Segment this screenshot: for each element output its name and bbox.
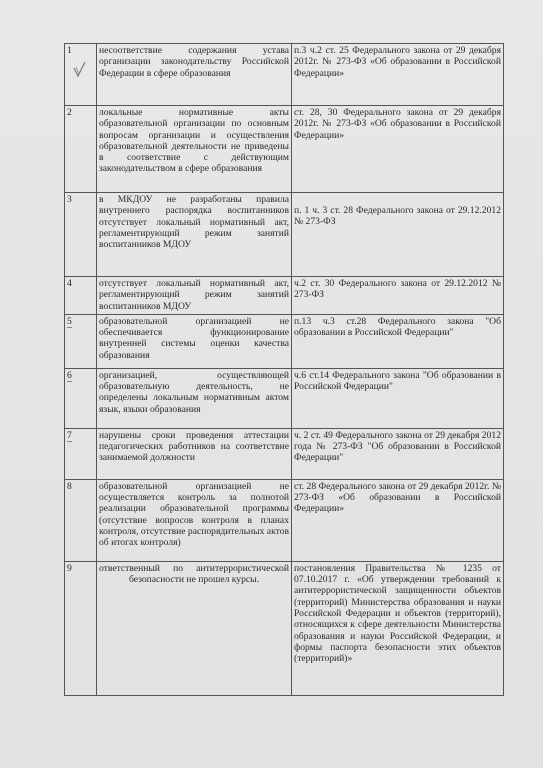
legal-basis-cell: п.3 ч.2 ст. 25 Федерального закона от 29… — [292, 44, 504, 106]
row-number: 9 — [67, 563, 72, 574]
row-number-cell: 7 — [65, 428, 97, 479]
violation-cell: образовательной организацией не осуществ… — [97, 479, 292, 561]
violation-cell: образовательной организацией не обеспечи… — [97, 314, 292, 368]
legal-basis-cell: п.13 ч.3 ст.28 Федерального закона "Об о… — [292, 314, 504, 368]
row-number: 8 — [67, 481, 72, 492]
row-number-cell: 8 — [65, 479, 97, 561]
table-row: 9 ответственный по антитеррористической … — [65, 561, 504, 695]
legal-basis-cell: ч. 2 ст. 49 Федерального закона от 29 де… — [292, 428, 504, 479]
row-number-cell: 6 — [65, 368, 97, 428]
document-page: 1 несоответствие содержания устава орган… — [0, 0, 543, 768]
row-number: 6 — [67, 370, 72, 382]
table-row: 7 нарушены сроки проведения аттестации п… — [65, 428, 504, 479]
violations-table: 1 несоответствие содержания устава орган… — [64, 43, 504, 696]
row-number-cell: 3 — [65, 193, 97, 277]
table-row: 8 образовательной организацией не осущес… — [65, 479, 504, 561]
spacer — [294, 194, 501, 205]
row-number: 4 — [67, 278, 72, 289]
row-number: 1 — [67, 45, 72, 56]
table-row: 5 образовательной организацией не обеспе… — [65, 314, 504, 368]
violation-cell: отсутствует локальный нормативный акт, р… — [97, 277, 292, 315]
violation-cell: несоответствие содержания устава организ… — [97, 44, 292, 106]
violation-cell: в МКДОУ не разработаны правила внутренне… — [97, 193, 292, 277]
table-row: 4 отсутствует локальный нормативный акт,… — [65, 277, 504, 315]
row-number: 7 — [67, 430, 72, 442]
legal-basis-text: п. 1 ч. 3 ст. 28 Федерального закона от … — [294, 205, 501, 227]
row-number: 3 — [67, 194, 72, 205]
row-number: 5 — [67, 316, 72, 328]
legal-basis-cell: ч.2 ст. 30 Федерального закона от 29.12.… — [292, 277, 504, 315]
legal-basis-cell: постановления Правительства № 1235 от 07… — [292, 561, 504, 695]
row-number-cell: 9 — [65, 561, 97, 695]
row-number-cell: 2 — [65, 106, 97, 193]
table-row: 1 несоответствие содержания устава орган… — [65, 44, 504, 106]
row-number-cell: 4 — [65, 277, 97, 315]
checkmark-icon — [73, 60, 87, 78]
row-number-cell: 5 — [65, 314, 97, 368]
legal-basis-cell: ст. 28, 30 Федерального закона от 29 дек… — [292, 106, 504, 193]
table-row: 6 организацией, осуществляющей образоват… — [65, 368, 504, 428]
table-row: 3 в МКДОУ не разработаны правила внутрен… — [65, 193, 504, 277]
table-row: 2 локальные нормативные акты образовател… — [65, 106, 504, 193]
violation-cell: ответственный по антитеррористической бе… — [97, 561, 292, 695]
violation-cell: организацией, осуществляющей образовател… — [97, 368, 292, 428]
violation-cell: нарушены сроки проведения аттестации пед… — [97, 428, 292, 479]
legal-basis-cell: п. 1 ч. 3 ст. 28 Федерального закона от … — [292, 193, 504, 277]
row-number: 2 — [67, 107, 72, 118]
violation-cell: локальные нормативные акты образовательн… — [97, 106, 292, 193]
legal-basis-cell: ст. 28 Федерального закона от 29 декабря… — [292, 479, 504, 561]
legal-basis-cell: ч.6 ст.14 Федерального закона "Об образо… — [292, 368, 504, 428]
row-number-cell: 1 — [65, 44, 97, 106]
